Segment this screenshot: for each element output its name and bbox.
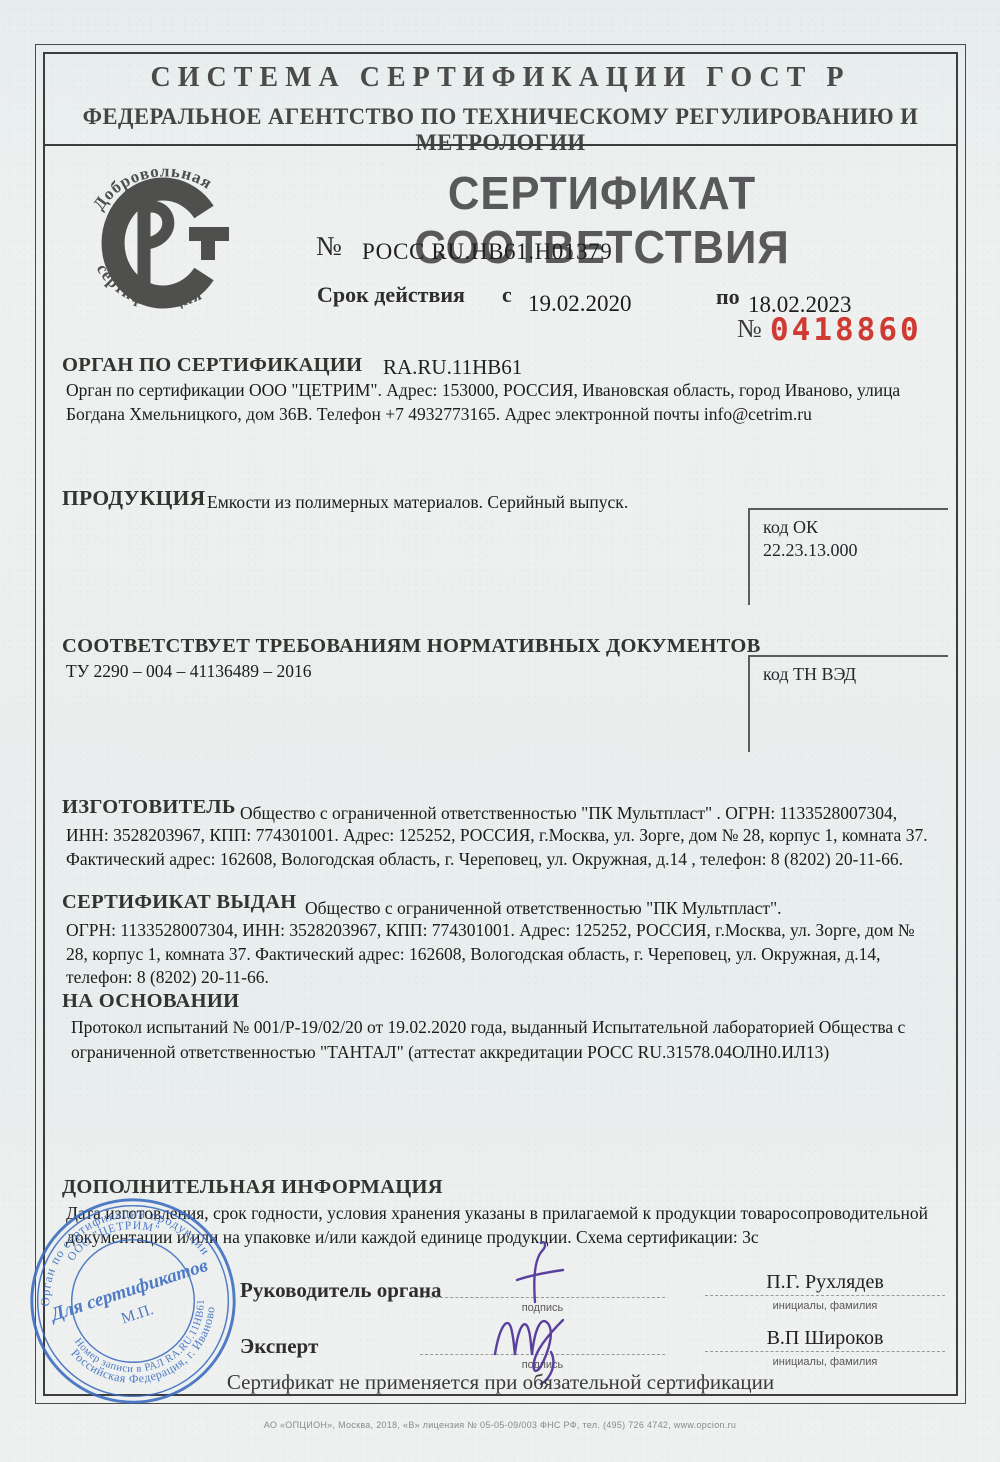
certificate-page: { "header": { "line1": "СИСТЕМА СЕРТИФИК… — [0, 0, 1000, 1462]
name-caption: инициалы, фамилия — [705, 1300, 945, 1312]
tnved-box-border — [748, 655, 948, 657]
manufacturer-block: ИНН: 3528203967, КПП: 774301001. Адрес: … — [66, 824, 961, 871]
validity-label: Срок действия — [317, 282, 465, 308]
product-section-label: ПРОДУКЦИЯ — [62, 486, 205, 511]
expert-label: Эксперт — [240, 1334, 318, 1359]
blank-number-sign: № — [737, 314, 762, 344]
blank-number-value: 0418860 — [770, 312, 922, 348]
org-line: Богдана Хмельницкого, дом 36В. Телефон +… — [66, 403, 956, 427]
org-address-block: Орган по сертификации ООО "ЦЕТРИМ". Адре… — [66, 379, 956, 426]
basis-line: ограниченной ответственностью "ТАНТАЛ" (… — [71, 1040, 961, 1065]
tnved-box-border — [748, 655, 750, 752]
ok-code-box-border — [748, 508, 750, 605]
cert-number-value: РОСС RU.HB61.H01379 — [362, 239, 612, 265]
agency-title: ФЕДЕРАЛЬНОЕ АГЕНТСТВО ПО ТЕХНИЧЕСКОМУ РЕ… — [52, 104, 949, 156]
manufacturer-first-line: Общество с ограниченной ответственностью… — [240, 802, 956, 826]
org-section-label: ОРГАН ПО СЕРТИФИКАЦИИ — [62, 354, 362, 377]
issued-to-line: 28, корпус 1, комната 37. Фактический ад… — [66, 943, 961, 967]
ok-code-value: 22.23.13.000 — [763, 540, 858, 561]
stamp-mp-text: М.П. — [119, 1301, 155, 1327]
compliance-section-label: СООТВЕТСТВУЕТ ТРЕБОВАНИЯМ НОРМАТИВНЫХ ДО… — [62, 635, 761, 658]
manufacturer-line: Фактический адрес: 162608, Вологодская о… — [66, 848, 961, 872]
system-title: СИСТЕМА СЕРТИФИКАЦИИ ГОСТ Р — [43, 62, 958, 94]
cert-number-sign: № — [316, 231, 342, 262]
rst-logo-icon: Добровольная сертификация — [70, 154, 255, 316]
printer-fine-print: АО «ОПЦИОН», Москва, 2018, «В» лицензия … — [0, 1420, 1000, 1430]
compliance-value: ТУ 2290 – 004 – 41136489 – 2016 — [66, 660, 312, 684]
issued-to-section-label: СЕРТИФИКАТ ВЫДАН — [62, 891, 297, 914]
head-name-line — [705, 1275, 945, 1296]
validity-from-label: с — [502, 282, 512, 308]
tnved-label: код ТН ВЭД — [763, 664, 856, 685]
validity-from-date: 19.02.2020 — [528, 291, 632, 317]
issued-to-first-line: Общество с ограниченной ответственностью… — [305, 897, 955, 921]
product-text: Емкости из полимерных материалов. Серийн… — [207, 491, 747, 515]
manufacturer-section-label: ИЗГОТОВИТЕЛЬ — [62, 796, 236, 819]
footer-note: Сертификат не применяется при обязательн… — [43, 1370, 958, 1395]
basis-section-label: НА ОСНОВАНИИ — [62, 990, 239, 1013]
head-of-body-label: Руководитель органа — [240, 1278, 442, 1303]
issued-to-block: ОГРН: 1133528007304, ИНН: 3528203967, КП… — [66, 919, 961, 990]
expert-name-line — [705, 1331, 945, 1352]
ok-code-label: код ОК — [763, 517, 818, 538]
manufacturer-line: ИНН: 3528203967, КПП: 774301001. Адрес: … — [66, 824, 961, 848]
issued-to-line: телефон: 8 (8202) 20-11-66. — [66, 966, 961, 990]
basis-block: Протокол испытаний № 001/Р-19/02/20 от 1… — [71, 1015, 961, 1064]
basis-line: Протокол испытаний № 001/Р-19/02/20 от 1… — [71, 1015, 961, 1040]
org-code: RA.RU.11HB61 — [383, 355, 522, 380]
issued-to-line: ОГРН: 1133528007304, ИНН: 3528203967, КП… — [66, 919, 961, 943]
header-divider — [43, 144, 958, 146]
name-caption: инициалы, фамилия — [705, 1356, 945, 1368]
validity-to-label: по — [716, 284, 740, 310]
org-line: Орган по сертификации ООО "ЦЕТРИМ". Адре… — [66, 379, 956, 403]
ok-code-box-border — [748, 508, 948, 510]
